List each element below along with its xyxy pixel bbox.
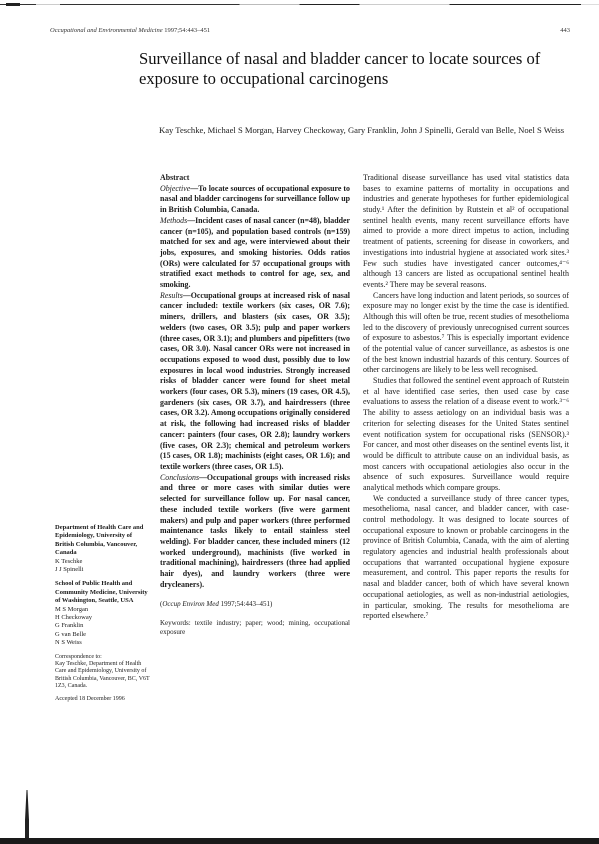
conclusions-text: —Occupational groups with increased risk… [160, 473, 350, 589]
abstract-conclusions: Conclusions—Occupational groups with inc… [160, 473, 350, 591]
affiliation-person: J J Spinelli [55, 566, 150, 574]
abstract-objective: Objective—To locate sources of occupatio… [160, 184, 350, 216]
accepted-date: Accepted 18 December 1996 [55, 696, 150, 703]
scan-edge-bottom [0, 838, 599, 844]
body-paragraph: Cancers have long induction and latent p… [363, 291, 569, 377]
affiliation-person: G van Belle [55, 631, 150, 639]
affiliation-institution: Department of Health Care and Epidemiolo… [55, 524, 150, 558]
results-text: —Occupational groups at increased risk o… [160, 291, 350, 471]
abstract-methods: Methods—Incident cases of nasal cancer (… [160, 216, 350, 291]
article-title: Surveillance of nasal and bladder cancer… [139, 49, 579, 89]
correspondence: Correspondence to: Kay Teschke, Departme… [55, 654, 150, 690]
affiliation-person: M S Morgan [55, 606, 150, 614]
abstract-results: Results—Occupational groups at increased… [160, 291, 350, 473]
scan-artifact [22, 790, 32, 840]
body-paragraph: Traditional disease surveillance has use… [363, 173, 569, 291]
objective-label: Objective [160, 184, 190, 193]
abstract-heading: Abstract [160, 173, 350, 184]
affiliations-sidebar: Department of Health Care and Epidemiolo… [55, 524, 150, 703]
affiliation-uw: School of Public Health and Community Me… [55, 580, 150, 647]
affiliation-person: K Teschke [55, 558, 150, 566]
methods-text: —Incident cases of nasal cancer (n=48), … [160, 216, 350, 289]
affiliation-ubc: Department of Health Care and Epidemiolo… [55, 524, 150, 574]
citation-journal: Occup Environ Med [162, 600, 219, 608]
correspondence-label: Correspondence to: [55, 654, 150, 661]
body-paragraph: Studies that followed the sentinel event… [363, 376, 569, 494]
results-label: Results [160, 291, 183, 300]
affiliation-person: N S Weiss [55, 639, 150, 647]
author-list: Kay Teschke, Michael S Morgan, Harvey Ch… [159, 125, 569, 136]
body-column: Traditional disease surveillance has use… [363, 173, 569, 622]
journal-name: Occupational and Environmental Medicine [50, 27, 163, 34]
scan-mark [6, 3, 20, 6]
methods-label: Methods [160, 216, 187, 225]
running-head: Occupational and Environmental Medicine … [50, 27, 570, 34]
citation-ref: 1997;54:443–451 [221, 600, 270, 608]
abstract-citation: (Occup Environ Med 1997;54:443–451) [160, 599, 350, 610]
correspondence-address: Kay Teschke, Department of Health Care a… [55, 661, 150, 690]
affiliation-person: G Franklin [55, 622, 150, 630]
affiliation-institution: School of Public Health and Community Me… [55, 580, 150, 605]
keywords: Keywords: textile industry; paper; wood;… [160, 619, 350, 636]
scan-edge-top [0, 4, 599, 5]
page-number: 443 [560, 27, 570, 34]
affiliation-person: H Checkoway [55, 614, 150, 622]
body-paragraph: We conducted a surveillance study of thr… [363, 494, 569, 622]
abstract-column: Abstract Objective—To locate sources of … [160, 173, 350, 636]
journal-citation: 1997;54:443–451 [164, 27, 210, 34]
conclusions-label: Conclusions [160, 473, 199, 482]
